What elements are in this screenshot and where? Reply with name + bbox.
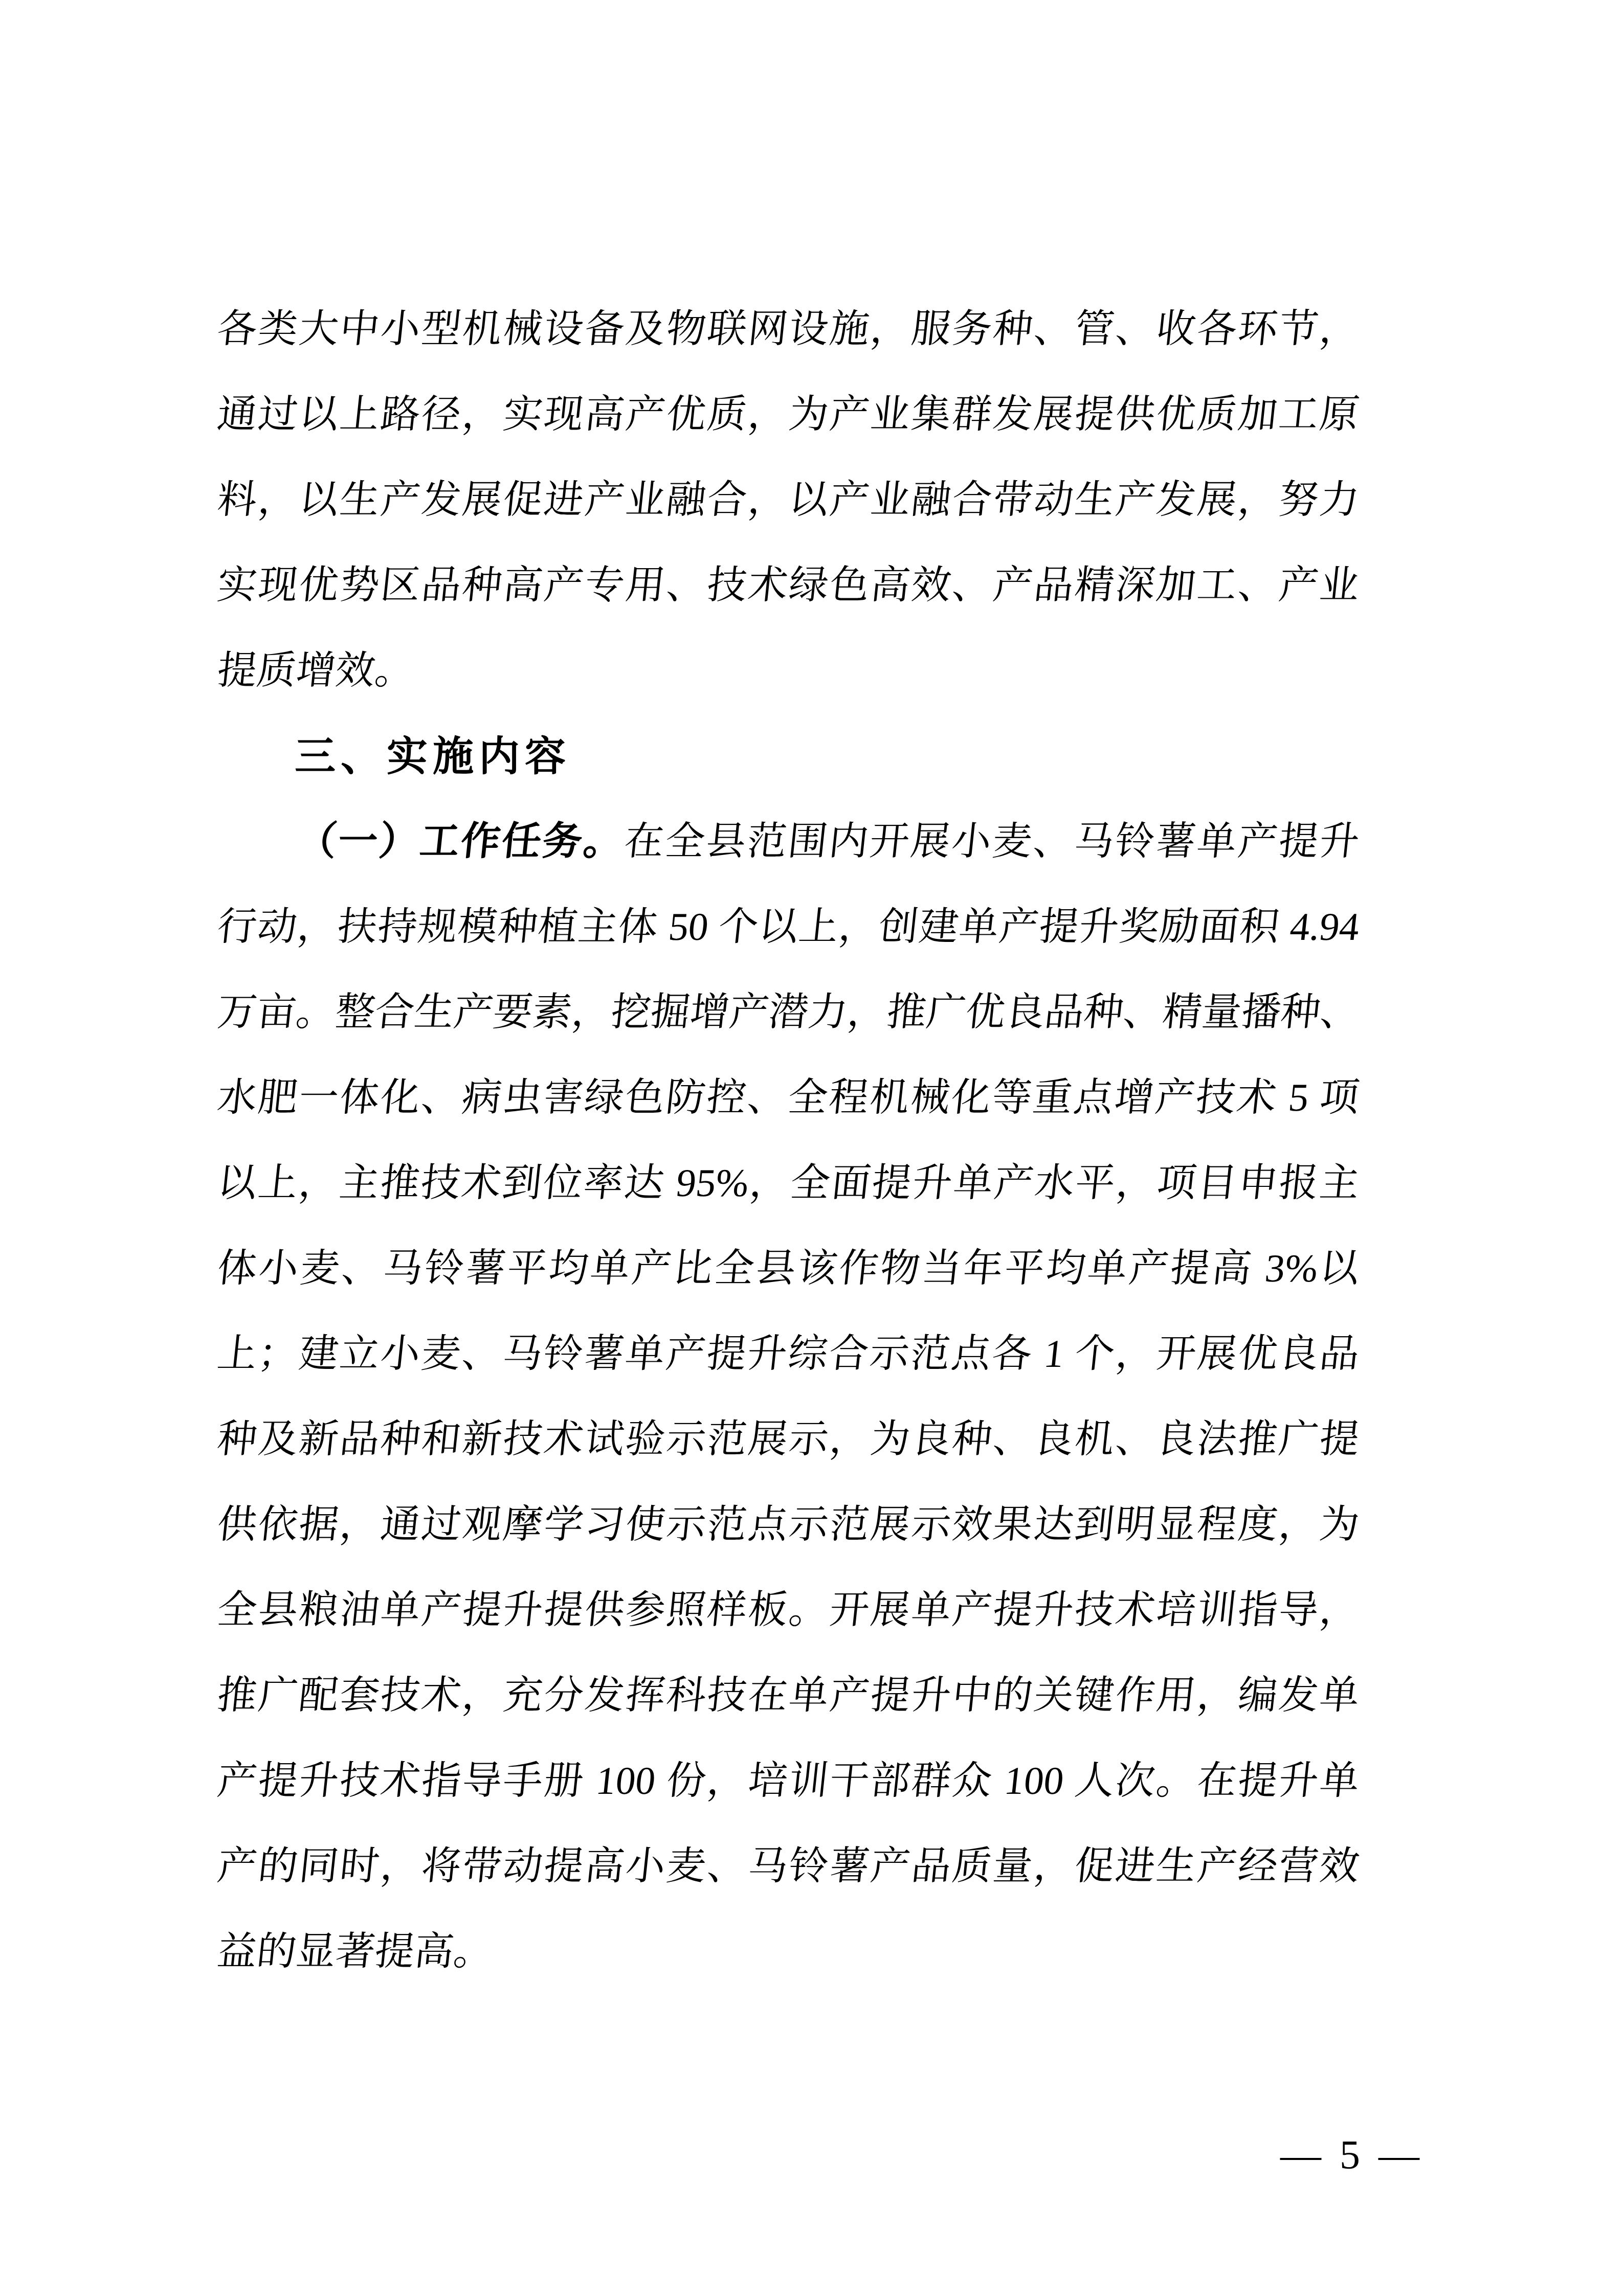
page-number: — 5 —: [1280, 2130, 1423, 2181]
document-body: 各类大中小型机械设备及物联网设施，服务种、管、收各环节， 通过以上路径，实现高产…: [215, 286, 1356, 1994]
task-lead-bold: （一）工作任务。: [295, 819, 627, 863]
body-line: 各类大中小型机械设备及物联网设施，服务种、管、收各环节，: [213, 286, 1364, 372]
section-heading: 三、实施内容: [215, 713, 1356, 799]
task-line: 行动，扶持规模种植主体 50 个以上，创建单产提升奖励面积 4.94: [213, 884, 1364, 970]
task-line: 推广配套技术，充分发挥科技在单产提升中的关键作用，编发单: [213, 1653, 1364, 1738]
body-line: 料，以生产发展促进产业融合，以产业融合带动生产发展，努力: [213, 457, 1364, 543]
task-line: 供依据，通过观摩学习使示范点示范展示效果达到明显程度，为: [213, 1482, 1364, 1567]
task-line: 水肥一体化、病虫害绿色防控、全程机械化等重点增产技术 5 项: [213, 1055, 1364, 1140]
body-line: 通过以上路径，实现高产优质，为产业集群发展提供优质加工原: [213, 372, 1364, 457]
document-page: 各类大中小型机械设备及物联网设施，服务种、管、收各环节， 通过以上路径，实现高产…: [0, 0, 1624, 2296]
task-line: 体小麦、马铃薯平均单产比全县该作物当年平均单产提高 3%以: [213, 1226, 1364, 1311]
body-line: 实现优势区品种高产专用、技术绿色高效、产品精深加工、产业: [213, 543, 1364, 628]
task-line: 以上，主推技术到位率达 95%，全面提升单产水平，项目申报主: [213, 1140, 1364, 1226]
task-line: 产的同时，将带动提高小麦、马铃薯产品质量，促进生产经营效: [213, 1824, 1364, 1909]
task-line: 在全县范围内开展小麦、马铃薯单产提升: [622, 819, 1361, 863]
task-line: 万亩。整合生产要素，挖掘增产潜力，推广优良品种、精量播种、: [213, 970, 1364, 1055]
task-line: 全县粮油单产提升提供参照样板。开展单产提升技术培训指导，: [213, 1567, 1364, 1653]
task-paragraph-first-line: （一）工作任务。在全县范围内开展小麦、马铃薯单产提升: [213, 799, 1364, 884]
task-line: 产提升技术指导手册 100 份，培训干部群众 100 人次。在提升单: [213, 1738, 1364, 1824]
body-line: 提质增效。: [213, 628, 1364, 713]
task-line: 种及新品种和新技术试验示范展示，为良种、良机、良法推广提: [213, 1397, 1364, 1482]
task-line: 益的显著提高。: [213, 1909, 1364, 1994]
task-line: 上；建立小麦、马铃薯单产提升综合示范点各 1 个，开展优良品: [213, 1311, 1364, 1397]
